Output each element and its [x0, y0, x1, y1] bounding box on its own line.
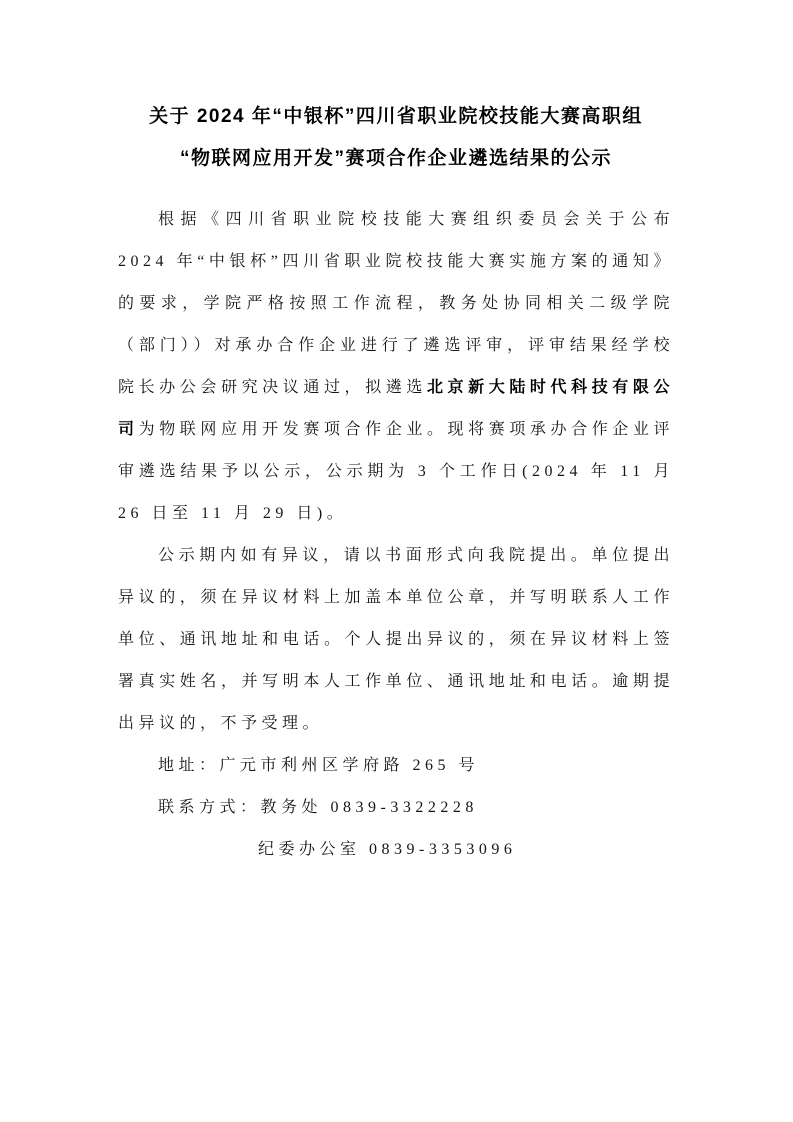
document-title-line2: “物联网应用开发”赛项合作企业遴选结果的公示	[118, 138, 674, 180]
contact-phone-academic-affairs: 联系方式：教务处 0839-3322228	[118, 787, 674, 829]
contact-block: 地址：广元市利州区学府路 265 号 联系方式：教务处 0839-3322228…	[118, 745, 674, 871]
contact-phone-discipline-office: 纪委办公室 0839-3353096	[118, 829, 674, 871]
paragraph-1-text-after-company: 为物联网应用开发赛项合作企业。现将赛项承办合作企业评审遴选结果予以公示，公示期为…	[118, 421, 674, 522]
document-title-line1: 关于 2024 年“中银杯”四川省职业院校技能大赛高职组	[118, 96, 674, 138]
paragraph-objection-instructions: 公示期内如有异议，请以书面形式向我院提出。单位提出异议的，须在异议材料上加盖本单…	[118, 535, 674, 745]
contact-address-line: 地址：广元市利州区学府路 265 号	[118, 745, 674, 787]
document-body: 根据《四川省职业院校技能大赛组织委员会关于公布 2024 年“中银杯”四川省职业…	[118, 199, 674, 745]
paragraph-1-text-before-company: 根据《四川省职业院校技能大赛组织委员会关于公布 2024 年“中银杯”四川省职业…	[118, 211, 674, 396]
paragraph-selection-result: 根据《四川省职业院校技能大赛组织委员会关于公布 2024 年“中银杯”四川省职业…	[118, 199, 674, 535]
document-content: 关于 2024 年“中银杯”四川省职业院校技能大赛高职组 “物联网应用开发”赛项…	[118, 96, 674, 871]
document-title: 关于 2024 年“中银杯”四川省职业院校技能大赛高职组 “物联网应用开发”赛项…	[118, 96, 674, 180]
document-page: 关于 2024 年“中银杯”四川省职业院校技能大赛高职组 “物联网应用开发”赛项…	[0, 0, 793, 1122]
